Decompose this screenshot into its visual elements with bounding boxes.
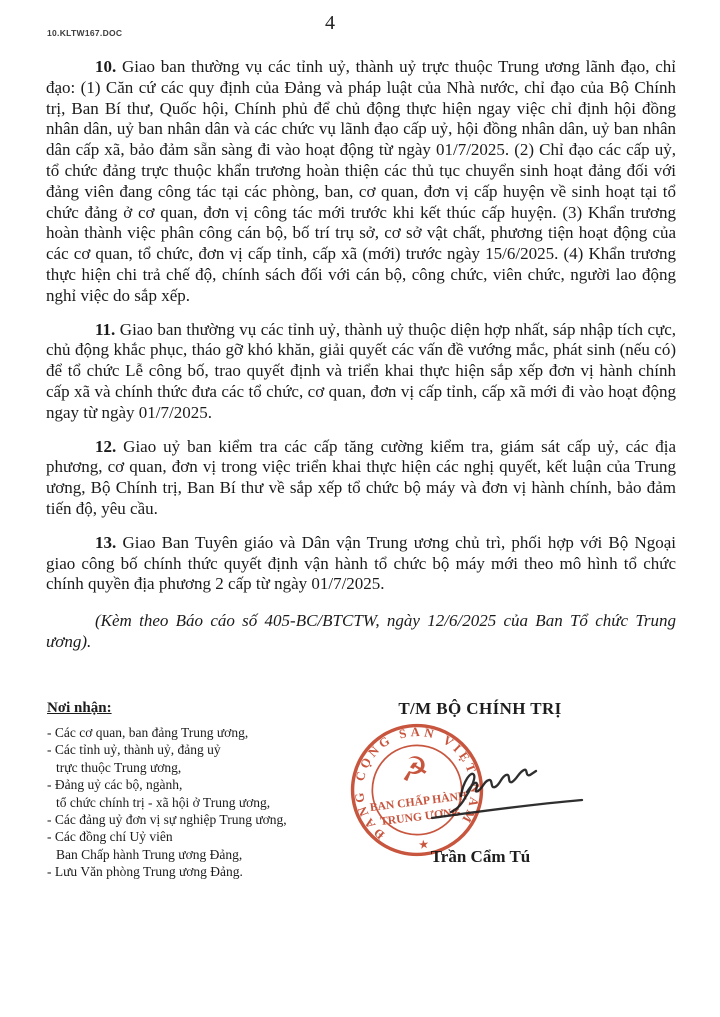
- recipient-line: trực thuộc Trung ương,: [47, 759, 347, 776]
- paragraph-10-number: 10.: [95, 57, 116, 76]
- recipients-heading: Nơi nhận:: [47, 700, 347, 717]
- recipient-line: Ban Chấp hành Trung ương Đảng,: [47, 846, 347, 863]
- handwritten-signature: [415, 748, 595, 828]
- paragraph-11-number: 11.: [95, 320, 115, 339]
- paragraph-11-text: Giao ban thường vụ các tỉnh uỷ, thành uỷ…: [46, 320, 676, 422]
- signer-name: Trần Cẩm Tú: [398, 847, 563, 867]
- document-body: 10. Giao ban thường vụ các tỉnh uỷ, thàn…: [46, 57, 676, 670]
- paragraph-12: 12. Giao uỷ ban kiểm tra các cấp tăng cư…: [46, 437, 676, 520]
- recipient-line: - Các đảng uỷ đơn vị sự nghiệp Trung ươn…: [47, 811, 347, 828]
- signing-authority-title: T/M BỘ CHÍNH TRỊ: [355, 699, 605, 719]
- recipients-block: Nơi nhận: - Các cơ quan, ban đảng Trung …: [47, 700, 347, 881]
- paragraph-10-text: Giao ban thường vụ các tỉnh uỷ, thành uỷ…: [46, 57, 676, 305]
- paragraph-13: 13. Giao Ban Tuyên giáo và Dân vận Trung…: [46, 533, 676, 595]
- paragraph-12-number: 12.: [95, 437, 116, 456]
- recipient-line: - Đảng uỷ các bộ, ngành,: [47, 776, 347, 793]
- recipient-line: - Các cơ quan, ban đảng Trung ương,: [47, 724, 347, 741]
- page-number: 4: [0, 12, 660, 35]
- recipient-line: - Các đồng chí Uỷ viên: [47, 828, 347, 845]
- recipient-line: tổ chức chính trị - xã hội ở Trung ương,: [47, 794, 347, 811]
- paragraph-11: 11. Giao ban thường vụ các tỉnh uỷ, thàn…: [46, 320, 676, 424]
- paragraph-12-text: Giao uỷ ban kiểm tra các cấp tăng cường …: [46, 437, 676, 518]
- paragraph-13-text: Giao Ban Tuyên giáo và Dân vận Trung ươn…: [46, 533, 676, 594]
- attachment-note: (Kèm theo Báo cáo số 405-BC/BTCTW, ngày …: [46, 611, 676, 653]
- signature-strokes: [415, 748, 595, 828]
- paragraph-10: 10. Giao ban thường vụ các tỉnh uỷ, thàn…: [46, 57, 676, 307]
- paragraph-13-number: 13.: [95, 533, 116, 552]
- document-page: 10.KLTW167.DOC 4 10. Giao ban thường vụ …: [0, 0, 720, 1017]
- recipient-line: - Các tỉnh uỷ, thành uỷ, đảng uỷ: [47, 741, 347, 758]
- recipient-line: - Lưu Văn phòng Trung ương Đảng.: [47, 863, 347, 880]
